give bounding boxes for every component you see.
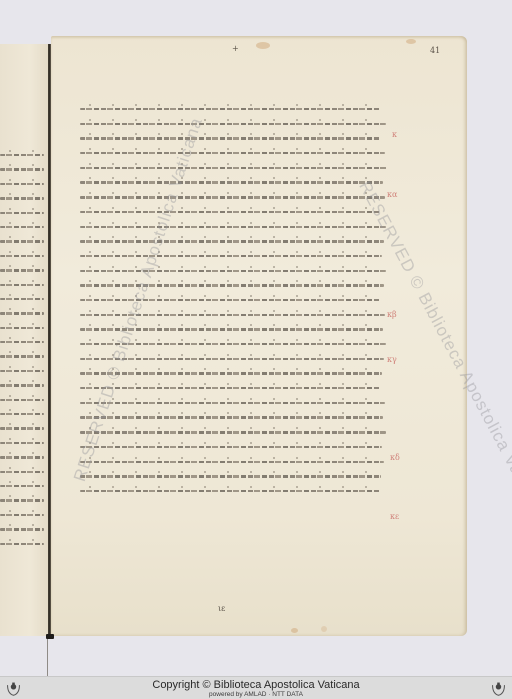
margin-mark: κβ [387, 310, 397, 319]
manuscript-viewer[interactable]: + 41 ιε κ κα κβ κγ κδ κε RESERVED © Bibl… [0, 0, 512, 676]
quire-mark: ιε [218, 604, 225, 613]
top-mark: + [232, 44, 239, 53]
margin-mark: κ [392, 130, 397, 139]
divider [47, 636, 48, 676]
copyright-text: Copyright © Biblioteca Apostolica Vatica… [0, 677, 512, 691]
vatican-crest-icon [490, 680, 507, 697]
margin-mark: κγ [387, 355, 397, 364]
powered-by-text: powered by AMLAD · NTT DATA [0, 691, 512, 699]
gutter-corner [46, 634, 54, 639]
margin-mark: κδ [390, 453, 400, 462]
left-page [0, 44, 50, 636]
margin-mark: κα [387, 190, 397, 199]
folio-number: 41 [430, 46, 440, 55]
vatican-crest-icon [5, 680, 22, 697]
margin-mark: κε [390, 512, 399, 521]
footer: Copyright © Biblioteca Apostolica Vatica… [0, 676, 512, 699]
left-page-text [0, 154, 44, 557]
